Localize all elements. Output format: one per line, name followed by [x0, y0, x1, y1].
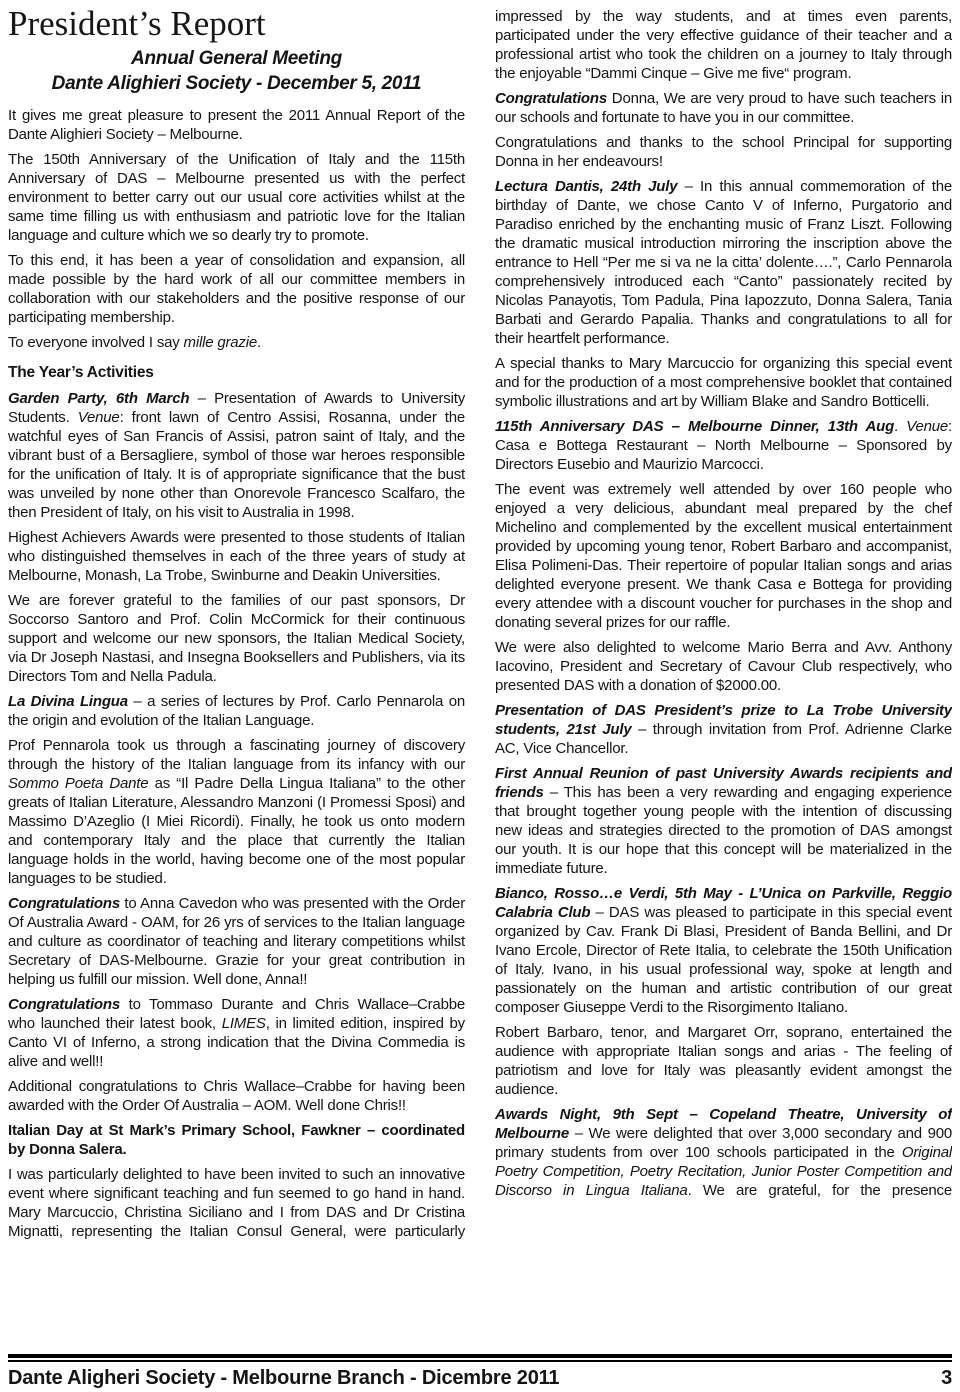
- paragraph: Bianco, Rosso…e Verdi, 5th May - L’Unica…: [495, 884, 952, 1017]
- paragraph: We are forever grateful to the families …: [8, 591, 465, 686]
- text-run: . We are grateful, for the presence: [688, 1182, 952, 1199]
- text-run: Robert Barbaro, tenor, and Margaret Orr,…: [495, 1024, 952, 1098]
- text-run: We are forever grateful to the families …: [8, 592, 465, 685]
- text-run: The 150th Anniversary of the Unification…: [8, 151, 465, 244]
- text-run: Italian Day at St Mark’s Primary School,…: [8, 1122, 465, 1158]
- text-run: – In this annual commemoration of the bi…: [495, 178, 952, 347]
- paragraph: We were also delighted to welcome Mario …: [495, 638, 952, 695]
- text-run: Congratulations: [495, 90, 607, 107]
- text-run: 115th Anniversary DAS – Melbourne Dinner…: [495, 418, 894, 435]
- paragraph: Garden Party, 6th March – Presentation o…: [8, 389, 465, 522]
- paragraph: Highest Achievers Awards were presented …: [8, 528, 465, 585]
- paragraph: Lectura Dantis, 24th July – In this annu…: [495, 177, 952, 348]
- paragraph: Congratulations to Tommaso Durante and C…: [8, 995, 465, 1071]
- text-run: La Divina Lingua: [8, 693, 128, 710]
- text-run: To everyone involved I say: [8, 334, 184, 351]
- text-run: Lectura Dantis, 24th July: [495, 178, 677, 195]
- paragraph: Presentation of DAS President’s prize to…: [495, 701, 952, 758]
- text-run: Prof Pennarola took us through a fascina…: [8, 737, 465, 773]
- meeting-subtitle: Annual General Meeting Dante Alighieri S…: [8, 46, 465, 96]
- paragraph: Additional congratulations to Chris Wall…: [8, 1077, 465, 1115]
- footer-row: Dante Aligheri Society - Melbourne Branc…: [8, 1362, 952, 1390]
- section-heading: The Year’s Activities: [8, 363, 465, 382]
- text-run: Additional congratulations to Chris Wall…: [8, 1078, 465, 1114]
- text-run: We were also delighted to welcome Mario …: [495, 639, 952, 694]
- text-run: .: [257, 334, 261, 351]
- paragraph: First Annual Reunion of past University …: [495, 764, 952, 878]
- subtitle-line-society-date: Dante Alighieri Society - December 5, 20…: [8, 71, 465, 96]
- paragraph: Awards Night, 9th Sept – Copeland Theatr…: [495, 1105, 952, 1200]
- text-run: To this end, it has been a year of conso…: [8, 252, 465, 326]
- paragraph: Italian Day at St Mark’s Primary School,…: [8, 1121, 465, 1159]
- paragraph: It gives me great pleasure to present th…: [8, 106, 465, 144]
- text-run: mille grazie: [184, 334, 257, 351]
- paragraph: Prof Pennarola took us through a fascina…: [8, 736, 465, 888]
- paragraph: A special thanks to Mary Marcuccio for o…: [495, 354, 952, 411]
- document-page: President’s Report Annual General Meetin…: [0, 0, 960, 1392]
- page-footer: Dante Aligheri Society - Melbourne Branc…: [8, 1354, 952, 1390]
- text-run: Congratulations and thanks to the school…: [495, 134, 952, 170]
- text-run: Congratulations: [8, 996, 120, 1013]
- paragraph: impressed by the way students, and at ti…: [495, 7, 952, 83]
- subtitle-line-meeting: Annual General Meeting: [8, 46, 465, 71]
- paragraph: To everyone involved I say mille grazie.: [8, 333, 465, 352]
- text-run: – This has been a very rewarding and eng…: [495, 784, 952, 877]
- paragraph: I was particularly delighted to have bee…: [8, 1165, 465, 1241]
- text-run: LIMES: [222, 1015, 266, 1032]
- paragraph: The 150th Anniversary of the Unification…: [8, 150, 465, 245]
- text-run: The Year’s Activities: [8, 364, 154, 381]
- text-run: It gives me great pleasure to present th…: [8, 107, 465, 143]
- paragraph: Congratulations and thanks to the school…: [495, 133, 952, 171]
- text-run: .: [894, 418, 906, 435]
- text-run: Venue: [906, 418, 948, 435]
- text-run: Congratulations: [8, 895, 120, 912]
- text-run: Garden Party, 6th March: [8, 390, 189, 407]
- text-run: Venue: [78, 409, 120, 426]
- footer-text: Dante Aligheri Society - Melbourne Branc…: [8, 1367, 559, 1390]
- paragraph: 115th Anniversary DAS – Melbourne Dinner…: [495, 417, 952, 474]
- paragraph: Congratulations to Anna Cavedon who was …: [8, 894, 465, 989]
- footer-double-rule: [8, 1354, 952, 1362]
- text-run: Sommo Poeta Dante: [8, 775, 148, 792]
- page-number: 3: [941, 1367, 952, 1390]
- paragraph: To this end, it has been a year of conso…: [8, 251, 465, 327]
- page-title: President’s Report: [8, 5, 465, 43]
- text-run: I was particularly delighted to have bee…: [8, 1166, 465, 1240]
- text-run: The event was extremely well attended by…: [495, 481, 952, 631]
- left-column: President’s Report Annual General Meetin…: [8, 5, 465, 1346]
- paragraph: Robert Barbaro, tenor, and Margaret Orr,…: [495, 1023, 952, 1099]
- paragraph: La Divina Lingua – a series of lectures …: [8, 692, 465, 730]
- two-column-layout: President’s Report Annual General Meetin…: [0, 0, 960, 1346]
- right-column: impressed by the way students, and at ti…: [495, 5, 952, 1346]
- text-run: Highest Achievers Awards were presented …: [8, 529, 465, 584]
- text-run: impressed by the way students, and at ti…: [495, 8, 952, 82]
- paragraph: The event was extremely well attended by…: [495, 480, 952, 632]
- paragraph: Congratulations Donna, We are very proud…: [495, 89, 952, 127]
- text-run: A special thanks to Mary Marcuccio for o…: [495, 355, 952, 410]
